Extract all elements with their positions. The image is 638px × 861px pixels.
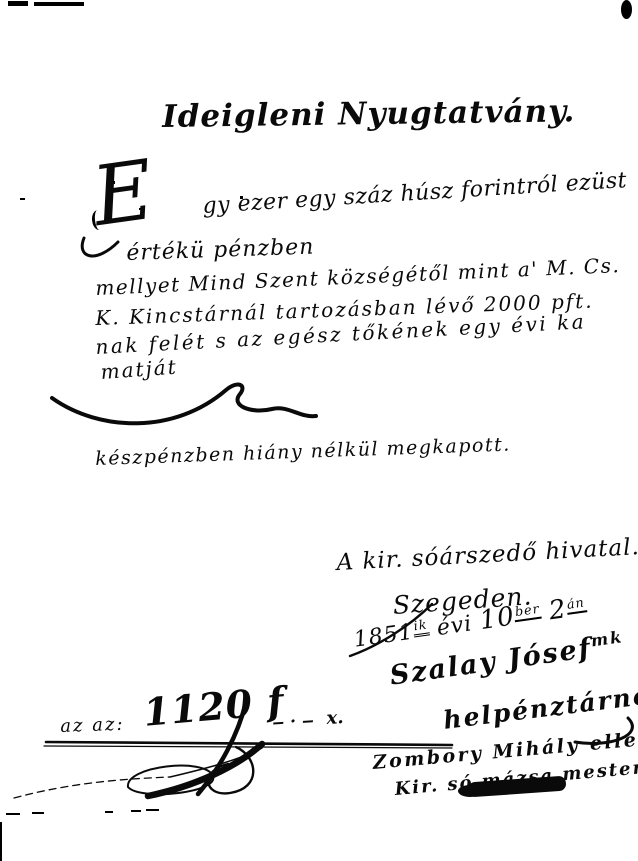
date-month: 10 xyxy=(478,601,517,636)
issuing-office-line: A kir. sóárszedő hivatal. xyxy=(336,536,638,575)
scan-artifact xyxy=(32,812,44,814)
amount-prefix: az az: xyxy=(60,716,125,736)
paraph-connector xyxy=(170,748,262,777)
date-year-suffix: ik xyxy=(412,617,430,637)
paraph-loop-left xyxy=(128,766,213,795)
body-line-2: értékü pénzben xyxy=(126,236,315,265)
paraph-loop-right xyxy=(208,747,253,793)
paraph-heavy-stroke xyxy=(148,744,262,796)
date-word-evi: évi xyxy=(435,611,474,641)
amount-value: 1120 f xyxy=(142,682,286,732)
amount-number: 1120 xyxy=(142,680,255,734)
signature-controller-role: ellenőr xyxy=(589,725,638,755)
scan-artifact xyxy=(20,198,25,200)
scan-artifact xyxy=(146,809,159,811)
date-day-suffix: án xyxy=(565,595,587,615)
cash-received-line: készpénzben hiány nélkül megkapott. xyxy=(95,435,511,468)
scan-artifact xyxy=(621,0,632,19)
document-title: Ideigleni Nyugtatvány. xyxy=(162,96,576,133)
body-line-6: matját xyxy=(100,357,178,382)
scan-artifact xyxy=(105,811,113,813)
body-line-1: gy ezer egy száz húsz forintról ezüst xyxy=(202,170,628,218)
drop-cap-initial: E xyxy=(88,150,159,240)
signature-treasurer-title: helpénztárnok xyxy=(442,680,638,733)
scanned-receipt-page: Ideigleni Nyugtatvány. E gy ezer egy szá… xyxy=(0,0,638,861)
amount-kreuzer: x. xyxy=(326,709,344,728)
amount-rule-bottom xyxy=(44,746,452,748)
scan-artifact xyxy=(34,2,84,6)
paraph-thin-sweep xyxy=(14,777,170,798)
matjat-flourish xyxy=(52,384,316,423)
scan-artifact xyxy=(8,1,28,6)
date-year: 1851 xyxy=(352,620,415,653)
amount-separator: ‒ · ‒ xyxy=(272,713,314,732)
scan-artifact xyxy=(6,813,20,815)
scan-artifact xyxy=(131,810,141,812)
amount-rule-top xyxy=(46,742,452,745)
date-month-suffix: ber xyxy=(513,601,542,622)
scan-artifact xyxy=(0,822,2,861)
signature-mk-mark: mk xyxy=(590,627,625,650)
